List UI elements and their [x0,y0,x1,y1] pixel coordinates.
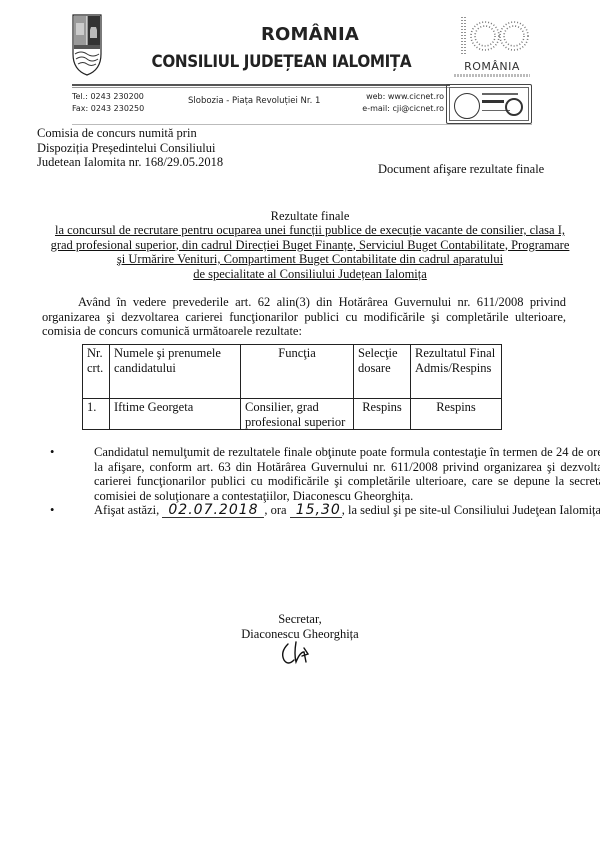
bullet-icon: • [50,503,70,518]
subtitle-line: şi Urmărire Venituri, Compartiment Buget… [117,252,503,266]
subtitle-line: grad profesional superior, din cadrul Di… [51,238,570,252]
cell-final-result: Respins [411,399,502,430]
results-title: Rezultate finale [40,209,580,224]
table-row: 1. Iftime Georgeta Consilier, grad profe… [83,399,502,430]
fax: Fax: 0243 230250 [72,103,144,115]
intro-text: Având în vedere prevederile art. 62 alin… [42,295,566,338]
commission-reference: Comisia de concurs numită prin Dispoziți… [37,126,223,170]
commission-line: Comisia de concurs numită prin [37,126,223,141]
header-bottom-divider [72,124,532,125]
phone-fax-block: Tel.: 0243 230200 Fax: 0243 230250 [72,91,144,115]
subtitle-line: de specialitate al Consiliului Județean … [193,267,427,281]
centenary-tagline [454,74,530,77]
handwritten-date: 02.07.2018 [162,503,264,518]
posted-prefix: Afişat astăzi, [94,503,159,517]
header-final-result: Rezultatul Final Admis/Respins [411,345,502,399]
commission-line: Judetean Ialomita nr. 168/29.05.2018 [37,155,223,170]
header-divider [72,84,450,86]
header-selection: Selecţie dosare [354,345,411,399]
romania-100-icon [452,14,532,58]
cell-nr: 1. [83,399,110,430]
posting-statement: Afişat astăzi, 02.07.2018, ora 15,30, la… [94,503,600,518]
country-heading: ROMÂNIA [170,24,450,45]
bullet-icon: • [50,445,70,460]
subtitle-line: la concursul de recrutare pentru ocupare… [55,223,565,237]
intro-paragraph: Având în vedere prevederile art. 62 alin… [42,295,566,339]
results-table: Nr. crt. Numele şi prenumele candidatulu… [82,344,502,430]
cell-selection: Respins [354,399,411,430]
handwritten-time: 15,30 [290,503,342,518]
contest-notice: Candidatul nemulţumit de rezultatele fin… [94,445,600,503]
coat-of-arms-icon [72,14,102,76]
institution-heading: CONSILIUL JUDEȚEAN IALOMIȚA [148,52,415,71]
telephone: Tel.: 0243 230200 [72,91,144,103]
results-subtitle: la concursul de recrutare pentru ocupare… [40,223,580,281]
address: Slobozia - Piața Revoluției Nr. 1 [188,95,320,107]
header-divider-thin [72,87,450,88]
centenary-label: ROMÂNIA [450,60,534,73]
posted-mid: , ora [264,503,286,517]
website: web: www.cicnet.ro [318,91,444,103]
web-email-block: web: www.cicnet.ro e-mail: cji@cicnet.ro [318,91,444,115]
handwritten-signature-icon [278,638,318,668]
posted-suffix: , la sediul şi pe site-ul Consiliului Ju… [342,503,600,517]
header-nr: Nr. crt. [83,345,110,399]
header-name: Numele şi prenumele candidatului [110,345,241,399]
document-label: Document afişare rezultate finale [378,162,544,177]
signatory-role: Secretar, [200,612,400,627]
table-header-row: Nr. crt. Numele şi prenumele candidatulu… [83,345,502,399]
commission-line: Dispoziția Președintelui Consiliului [37,141,223,156]
email: e-mail: cji@cicnet.ro [318,103,444,115]
iso-certification-icon [446,84,532,124]
cell-name: Iftime Georgeta [110,399,241,430]
cell-function: Consilier, grad profesional superior [241,399,354,430]
header-function: Funcţia [241,345,354,399]
